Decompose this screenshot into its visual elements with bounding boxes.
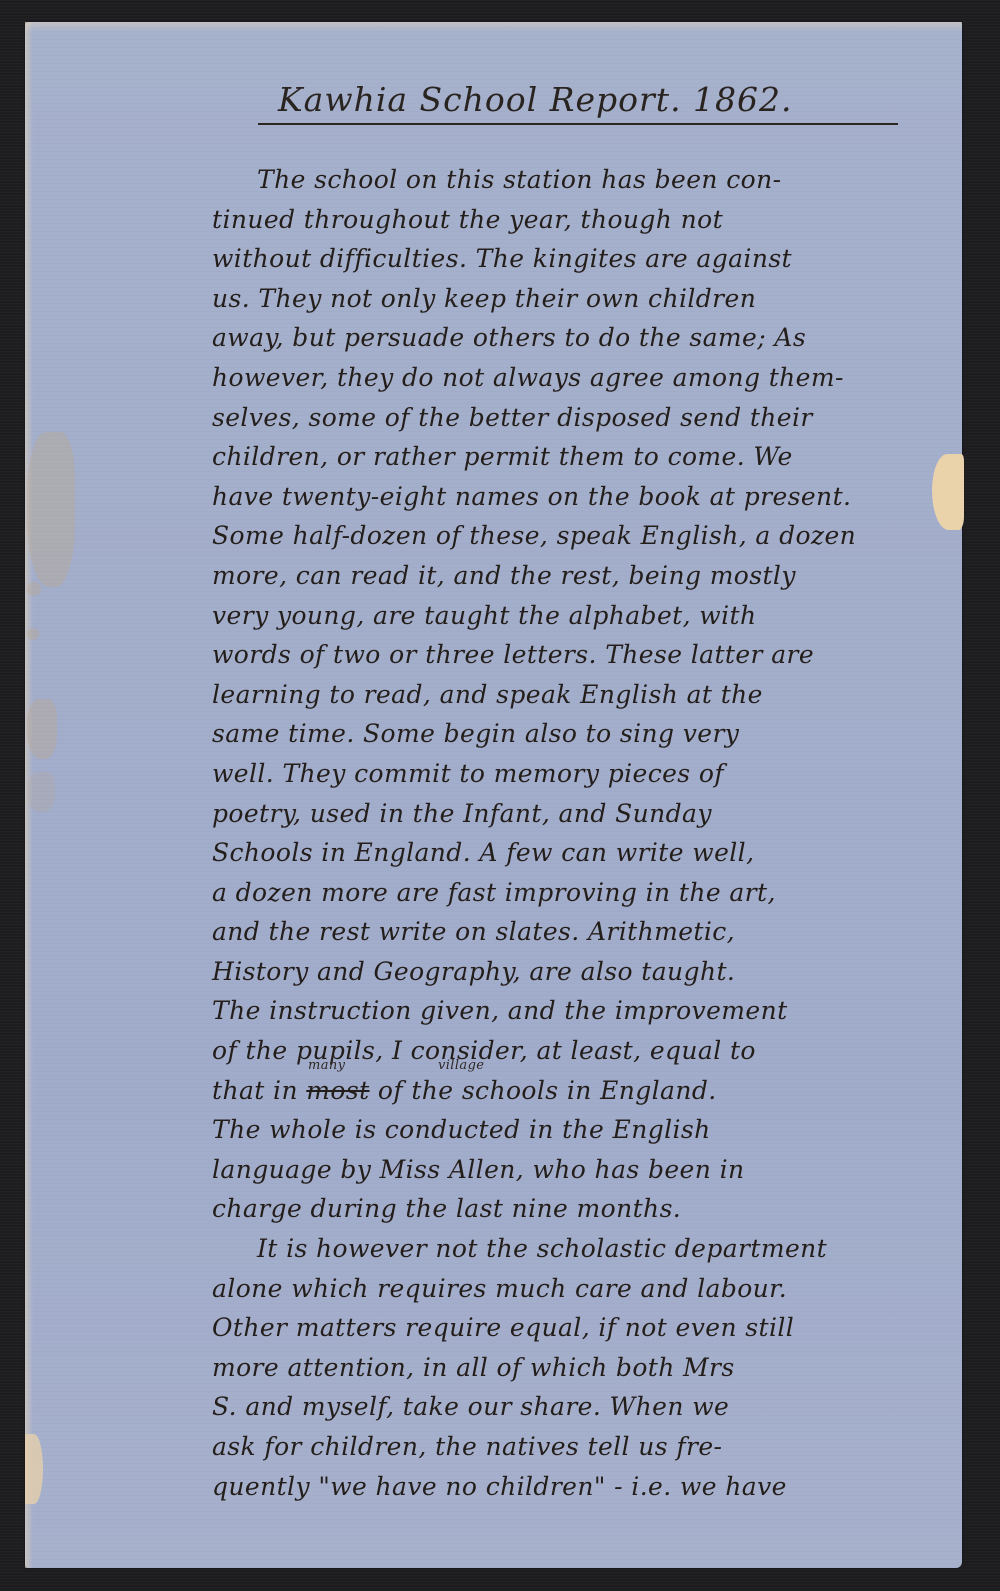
text-line: Some half-dozen of these, speak English,… <box>212 516 962 556</box>
text-line: ask for children, the natives tell us fr… <box>212 1427 962 1467</box>
text-line: It is however not the scholastic departm… <box>212 1229 962 1269</box>
text-line: History and Geography, are also taught. <box>212 952 962 992</box>
text-segment: of the <box>370 1076 462 1105</box>
text-line: language by Miss Allen, who has been in <box>212 1150 962 1190</box>
paragraph-2: It is however not the scholastic departm… <box>212 1229 962 1506</box>
text-line: without difficulties. The kingites are a… <box>212 239 962 279</box>
text-line: well. They commit to memory pieces of <box>212 754 962 794</box>
text-line: words of two or three letters. These lat… <box>212 635 962 675</box>
text-line: same time. Some begin also to sing very <box>212 714 962 754</box>
interlinear-insertion: many <box>308 1059 345 1073</box>
text-line: The school on this station has been con- <box>212 160 962 200</box>
water-stain <box>27 628 39 640</box>
text-line: us. They not only keep their own childre… <box>212 279 962 319</box>
text-line: Other matters require equal, if not even… <box>212 1308 962 1348</box>
text-line: however, they do not always agree among … <box>212 358 962 398</box>
text-line: S. and myself, take our share. When we <box>212 1387 962 1427</box>
text-line: selves, some of the better disposed send… <box>212 398 962 438</box>
text-line: more, can read it, and the rest, being m… <box>212 556 962 596</box>
text-line: have twenty-eight names on the book at p… <box>212 477 962 517</box>
text-line: very young, are taught the alphabet, wit… <box>212 596 962 636</box>
water-stain <box>27 582 41 596</box>
text-line: The whole is conducted in the English <box>212 1110 962 1150</box>
water-stain <box>27 432 75 587</box>
paragraph-1: The school on this station has been con-… <box>212 160 962 1229</box>
text-line: The instruction given, and the improveme… <box>212 991 962 1031</box>
text-line: children, or rather permit them to come.… <box>212 437 962 477</box>
text-segment: that in <box>212 1076 306 1105</box>
text-line: tinued throughout the year, though not <box>212 200 962 240</box>
text-line: charge during the last nine months. <box>212 1189 962 1229</box>
text-segment: schools in England. <box>462 1076 717 1105</box>
water-stain <box>27 699 57 759</box>
text-line: and the rest write on slates. Arithmetic… <box>212 912 962 952</box>
struck-out-word: most <box>306 1076 369 1105</box>
text-line: away, but persuade others to do the same… <box>212 318 962 358</box>
water-stain <box>27 772 55 812</box>
interlinear-insertion: village <box>438 1059 484 1073</box>
letter-body: The school on this station has been con-… <box>212 160 962 1506</box>
text-line-with-correction: that in most of the schools in England. … <box>212 1071 962 1111</box>
text-line: more attention, in all of which both Mrs <box>212 1348 962 1388</box>
edge-discoloration <box>25 1434 43 1504</box>
text-line: alone which requires much care and labou… <box>212 1269 962 1309</box>
text-line: learning to read, and speak English at t… <box>212 675 962 715</box>
text-line: Schools in England. A few can write well… <box>212 833 962 873</box>
document-title: Kawhia School Report. 1862. <box>258 80 898 125</box>
text-line: quently "we have no children" - i.e. we … <box>212 1467 962 1507</box>
text-line: poetry, used in the Infant, and Sunday <box>212 794 962 834</box>
text-line: a dozen more are fast improving in the a… <box>212 873 962 913</box>
